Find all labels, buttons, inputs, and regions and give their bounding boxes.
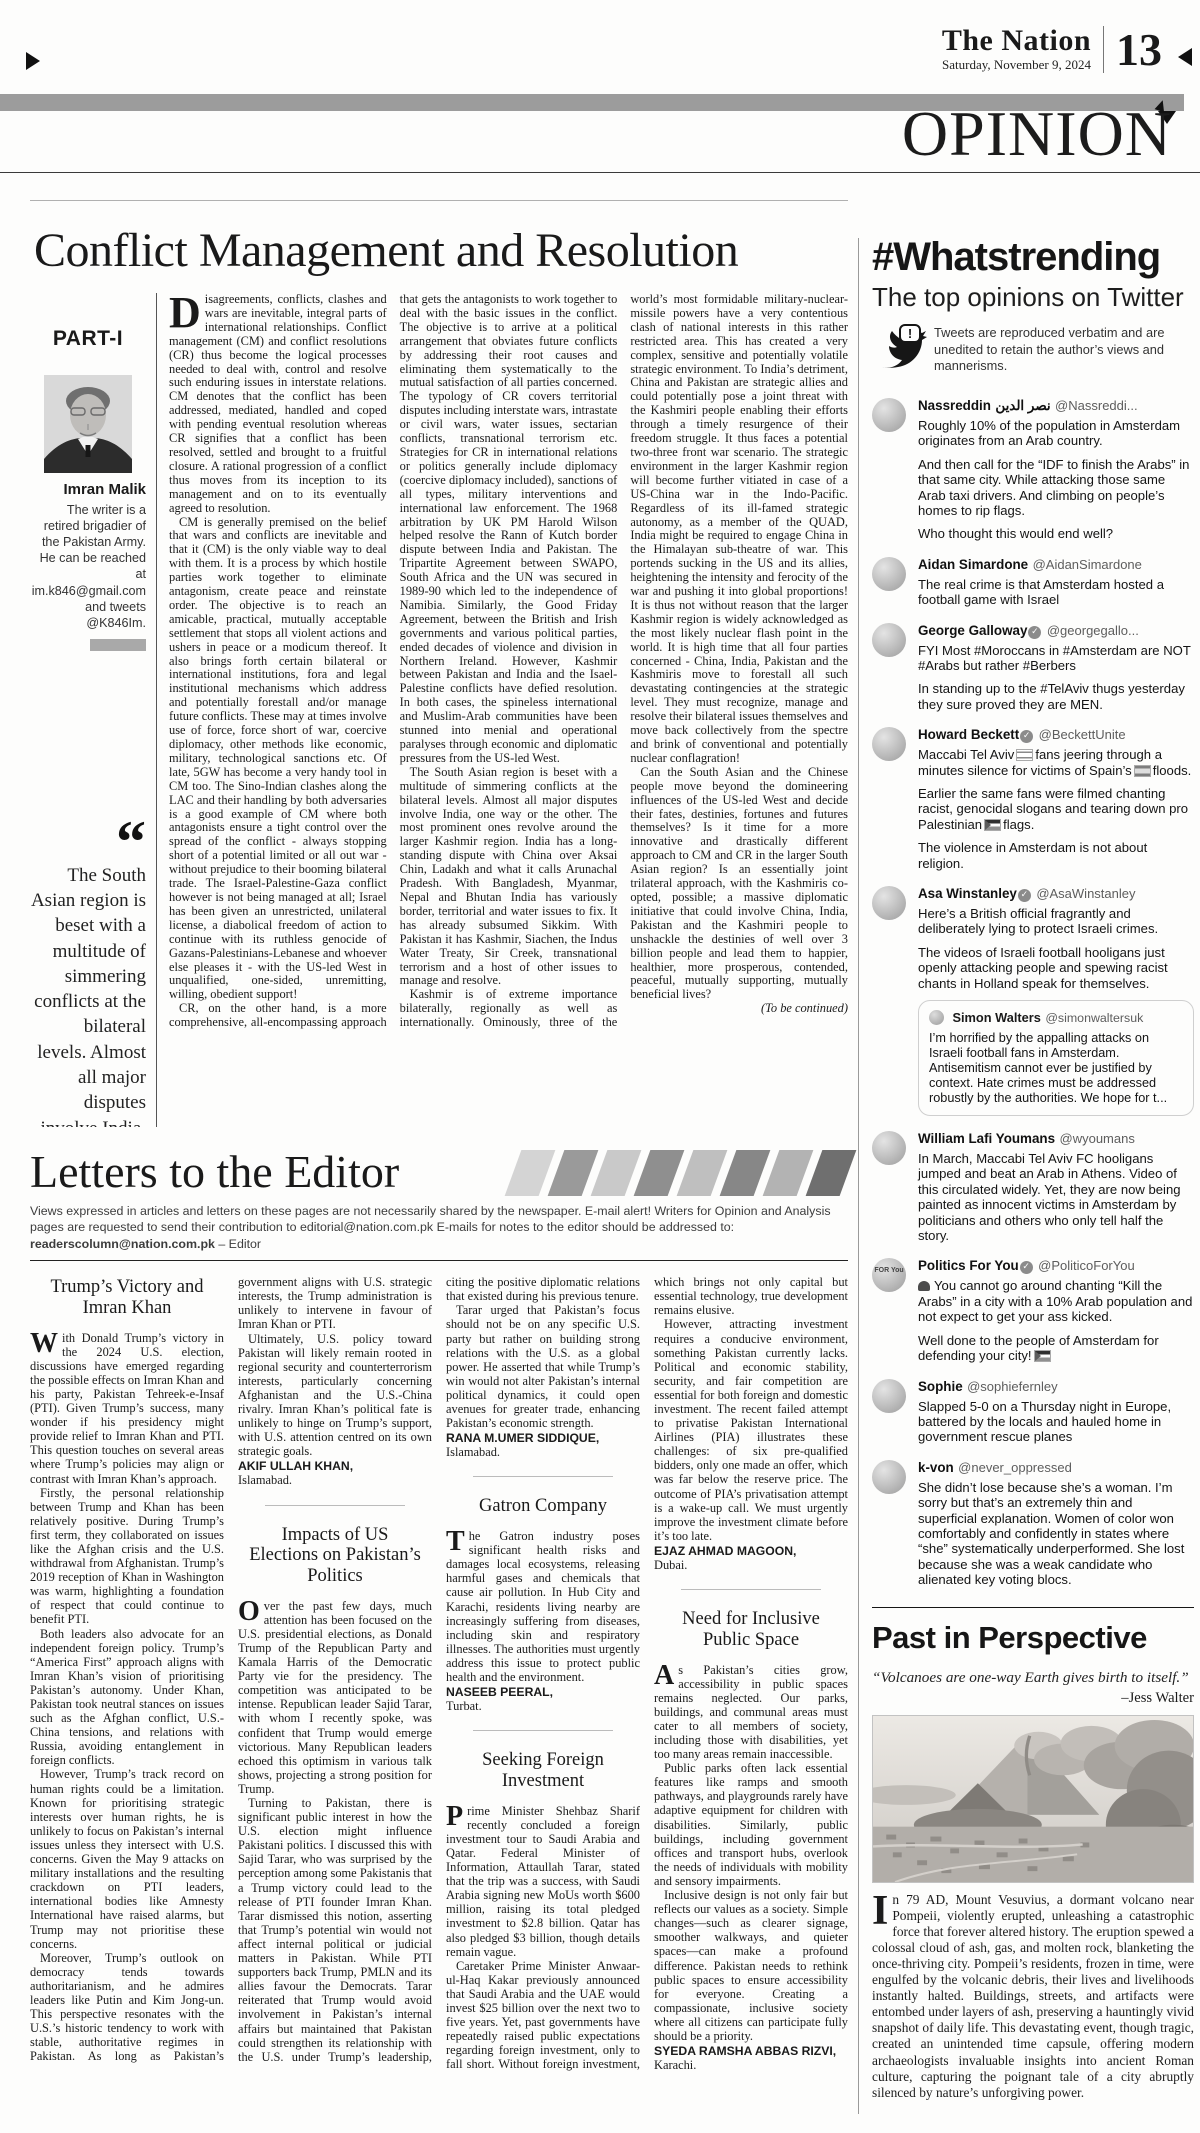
letter-dropcap: W	[30, 1331, 62, 1355]
tweet-author-arabic: نصر الدين	[995, 398, 1050, 413]
letter-location: Dubai.	[654, 1558, 848, 1572]
letter-signature: AKIF ULLAH KHAN,	[238, 1459, 432, 1473]
letter-dropcap: O	[238, 1599, 264, 1623]
verified-icon: ✓	[1028, 626, 1041, 639]
avatar	[872, 886, 906, 920]
page-edge-mark-left	[26, 52, 40, 70]
pull-quote-text: The South Asian region is beset with a m…	[30, 863, 146, 1127]
quote-mark-icon: “	[30, 827, 146, 857]
page-number: 13	[1104, 28, 1162, 72]
pull-quote: “ The South Asian region is beset with a…	[30, 827, 146, 1127]
main-article: Conflict Management and Resolution PART-…	[30, 200, 848, 1127]
tweet-william-lafi-youmans: William Lafi Youmans @wyoumans In March,…	[872, 1130, 1194, 1243]
article-columns: Disagreements, conflicts, clashes and wa…	[169, 293, 848, 1127]
letter-divider	[265, 1505, 405, 1506]
tweet-handle: @AsaWinstanley	[1036, 886, 1135, 901]
israel-flag-icon	[1016, 749, 1033, 761]
article-paragraph: Disagreements, conflicts, clashes and wa…	[169, 293, 387, 516]
tweet-author: Aidan Simardone	[918, 557, 1028, 572]
section-underline	[0, 172, 1200, 173]
letters-disclaimer: Views expressed in articles and letters …	[30, 1203, 848, 1252]
tweet-author: Politics For You	[918, 1258, 1019, 1273]
letter-title: Impacts of US Elections on Pakistan’s Po…	[246, 1525, 424, 1587]
whatstrending-subtitle: The top opinions on Twitter	[872, 282, 1194, 313]
letters-rule	[30, 1260, 848, 1261]
palestine-flag-icon	[984, 819, 1001, 831]
paper-title: The Nation	[942, 26, 1091, 56]
page-edge-mark-right	[1178, 48, 1192, 66]
tweet-author: Asa Winstanley	[918, 886, 1017, 901]
letter-title: Gatron Company	[454, 1496, 632, 1517]
tweet-author: k-von	[918, 1460, 954, 1475]
avatar	[872, 1379, 906, 1413]
bio-end-bar	[90, 639, 146, 651]
tweet-politics-for-you: FOR You Politics For You✓ @PoliticoForYo…	[872, 1257, 1194, 1363]
verified-icon: ✓	[1020, 730, 1033, 743]
author-name: Imran Malik	[30, 481, 146, 498]
letter-inclusive-public-space: Need for Inclusive Public Space As Pakis…	[654, 1609, 848, 2072]
letter-location: Karachi.	[654, 2058, 848, 2072]
past-divider	[872, 1607, 1194, 1608]
article-top-rule	[30, 200, 848, 201]
past-dropcap: I	[872, 1892, 892, 1928]
section-title: OPINION	[902, 102, 1172, 166]
article-paragraph: Can the South Asian and the Chinese peop…	[630, 766, 848, 1002]
tweet-handle: @sophiefernley	[967, 1379, 1058, 1394]
letter-dropcap: A	[654, 1663, 678, 1687]
to-be-continued-note: (To be continued)	[630, 1002, 848, 1016]
twitter-bird-icon: !	[872, 323, 928, 371]
avatar	[929, 1010, 944, 1025]
tweet-george-galloway: George Galloway✓ @georgegallo... FYI Mos…	[872, 622, 1194, 713]
tweet-author: Howard Beckett	[918, 727, 1019, 742]
letter-location: Turbat.	[446, 1699, 640, 1713]
editor-email: readerscolumn@nation.com.pk	[30, 1237, 215, 1251]
letter-location: Islamabad.	[446, 1445, 640, 1459]
past-quote: “Volcanoes are one-way Earth gives birth…	[872, 1668, 1194, 1688]
letter-gatron-company: Gatron Company The Gatron industry poses…	[446, 1496, 640, 1713]
avatar	[872, 1460, 906, 1494]
letter-title: Seeking Foreign Investment	[454, 1750, 632, 1791]
avatar	[872, 557, 906, 591]
vesuvius-eruption-image	[872, 1715, 1194, 1883]
tweet-nassreddin: Nassreddin نصر الدين @Nassreddi... Rough…	[872, 397, 1194, 542]
avatar	[872, 398, 906, 432]
tweet-handle: @georgegallo...	[1047, 623, 1139, 638]
author-photo	[44, 375, 132, 473]
letter-signature: SYEDA RAMSHA ABBAS RIZVI,	[654, 2044, 848, 2058]
tweet-author: George Galloway	[918, 623, 1027, 638]
tweet-handle: @wyoumans	[1060, 1131, 1135, 1146]
past-quote-attribution: –Jess Walter	[872, 1690, 1194, 1707]
avatar	[872, 623, 906, 657]
letter-title: Trump’s Victory and Imran Khan	[38, 1277, 216, 1318]
masthead-text: The Nation Saturday, November 9, 2024	[942, 26, 1104, 73]
svg-text:!: !	[908, 326, 912, 341]
siren-icon	[918, 1281, 930, 1291]
article-paragraph: The South Asian region is beset with a m…	[400, 766, 618, 989]
letters-title: Letters to the Editor	[30, 1148, 399, 1196]
article-sidebar: PART-I Imran Malik The writer is a retir…	[30, 293, 157, 1127]
quoted-author: Simon Walters	[952, 1010, 1040, 1025]
tweets-disclaimer: ! Tweets are reproduced verbatim and are…	[872, 323, 1194, 375]
whatstrending-title: #Whatstrending	[872, 236, 1194, 278]
tweet-list: Nassreddin نصر الدين @Nassreddi... Rough…	[872, 383, 1194, 1591]
past-in-perspective-title: Past in Perspective	[872, 1620, 1194, 1656]
tweet-howard-beckett: Howard Beckett✓ @BeckettUnite Maccabi Te…	[872, 726, 1194, 871]
tweet-handle: @Nassreddi...	[1055, 398, 1138, 413]
paper-date: Saturday, November 9, 2024	[942, 57, 1091, 73]
letter-divider	[473, 1476, 613, 1477]
letter-signature: EJAZ AHMAD MAGOON,	[654, 1544, 848, 1558]
letter-title: Need for Inclusive Public Space	[662, 1609, 840, 1650]
article-kicker: PART-I	[30, 327, 146, 351]
article-body: PART-I Imran Malik The writer is a retir…	[30, 293, 848, 1127]
article-dropcap: D	[169, 293, 205, 331]
letters-stripes-decoration	[425, 1150, 848, 1196]
letters-columns: Trump’s Victory and Imran Khan With Dona…	[30, 1275, 848, 2133]
past-body: In 79 AD, Mount Vesuvius, a dormant volc…	[872, 1892, 1194, 2101]
letter-location: Islamabad.	[238, 1473, 432, 1487]
tweet-sophie: Sophie @sophiefernley Slapped 5-0 on a T…	[872, 1378, 1194, 1445]
letters-section: Letters to the Editor Views expressed in…	[30, 1148, 848, 2133]
tweet-asa-winstanley: Asa Winstanley✓ @AsaWinstanley Here’s a …	[872, 885, 1194, 1116]
verified-icon: ✓	[1018, 889, 1031, 902]
masthead: The Nation Saturday, November 9, 2024 13	[942, 26, 1162, 73]
newspaper-page: The Nation Saturday, November 9, 2024 13…	[0, 0, 1200, 2133]
author-bio: The writer is a retired brigadier of the…	[30, 502, 146, 631]
avatar: FOR You	[872, 1258, 906, 1292]
tweet-handle: @AidanSimardone	[1033, 557, 1142, 572]
column-divider-rule	[858, 238, 859, 2114]
whatstrending-section: #Whatstrending The top opinions on Twitt…	[872, 236, 1194, 2101]
palestine-flag-icon	[1034, 1350, 1051, 1362]
tweet-author: William Lafi Youmans	[918, 1131, 1055, 1146]
verified-icon: ✓	[1020, 1261, 1033, 1274]
tweet-handle: @PoliticoForYou	[1038, 1258, 1135, 1273]
quoted-handle: @simonwaltersuk	[1045, 1011, 1143, 1025]
tweets-disclaimer-text: Tweets are reproduced verbatim and are u…	[928, 323, 1194, 375]
avatar	[872, 727, 906, 761]
spain-flag-icon	[1134, 765, 1151, 777]
article-paragraph: CM is generally premised on the belief t…	[169, 516, 387, 1003]
tweet-author: Sophie	[918, 1379, 963, 1394]
letter-divider	[681, 1589, 821, 1590]
article-headline: Conflict Management and Resolution	[34, 225, 848, 277]
tweet-handle: @BeckettUnite	[1039, 727, 1126, 742]
letter-dropcap: P	[446, 1804, 467, 1828]
letter-dropcap: T	[446, 1529, 469, 1553]
letter-signature: NASEEB PEERAL,	[446, 1685, 640, 1699]
tweet-author: Nassreddin	[918, 398, 991, 413]
avatar	[872, 1131, 906, 1165]
tweet-aidan-simardone: Aidan Simardone @AidanSimardone The real…	[872, 556, 1194, 608]
letter-divider	[473, 1730, 613, 1731]
quoted-text: I’m horrified by the appalling attacks o…	[929, 1031, 1183, 1106]
tweet-handle: @never_oppressed	[958, 1460, 1072, 1475]
tweet-k-von: k-von @never_oppressed She didn’t lose b…	[872, 1459, 1194, 1588]
letters-header: Letters to the Editor	[30, 1148, 848, 1196]
quoted-tweet-simon-walters: Simon Walters @simonwaltersuk I’m horrif…	[918, 1000, 1194, 1116]
letter-signature: RANA M.UMER SIDDIQUE,	[446, 1431, 640, 1445]
